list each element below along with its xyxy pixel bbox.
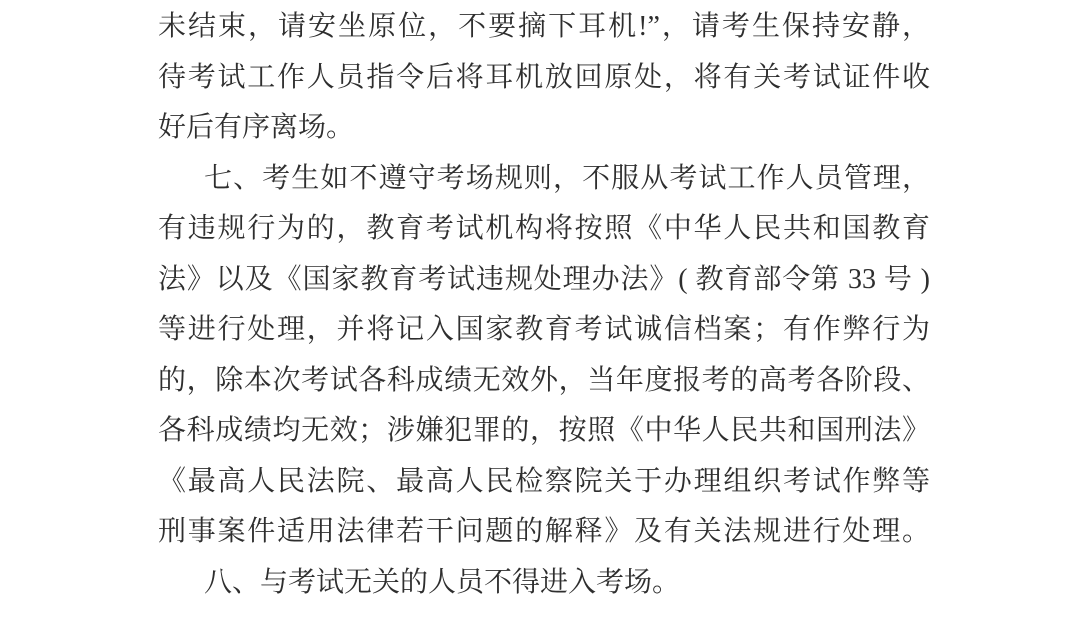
text-line: 各科成绩均无效；涉嫌犯罪的，按照《中华人民共和国刑法》	[158, 406, 930, 457]
text-line: 的，除本次考试各科成绩无效外，当年度报考的高考各阶段、	[158, 356, 930, 407]
text-block: 未结束，请安坐原位，不要摘下耳机!”，请考生保持安静， 待考试工作人员指令后将耳…	[158, 2, 930, 608]
document-page: 未结束，请安坐原位，不要摘下耳机!”，请考生保持安静， 待考试工作人员指令后将耳…	[0, 0, 1080, 622]
text-line: 待考试工作人员指令后将耳机放回原处，将有关考试证件收	[158, 53, 930, 104]
text-line: 好后有序离场。	[158, 103, 930, 154]
text-line: 刑事案件适用法律若干问题的解释》及有关法规进行处理。	[158, 507, 930, 558]
text-line: 法》以及《国家教育考试违规处理办法》( 教育部令第 33 号 )	[158, 255, 930, 306]
text-line-rule-7-start: 七、考生如不遵守考场规则，不服从考试工作人员管理，	[158, 154, 930, 205]
text-line: 《最高人民法院、最高人民检察院关于办理组织考试作弊等	[158, 457, 930, 508]
text-line: 等进行处理，并将记入国家教育考试诚信档案；有作弊行为	[158, 305, 930, 356]
text-line-rule-8: 八、与考试无关的人员不得进入考场。	[158, 558, 930, 609]
text-line: 有违规行为的，教育考试机构将按照《中华人民共和国教育	[158, 204, 930, 255]
text-line: 未结束，请安坐原位，不要摘下耳机!”，请考生保持安静，	[158, 2, 930, 53]
